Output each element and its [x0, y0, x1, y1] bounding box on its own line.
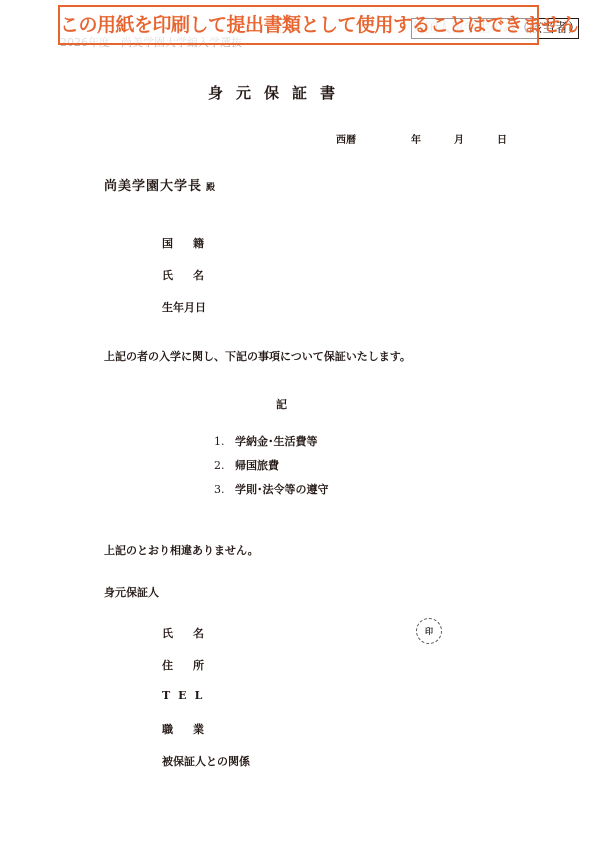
- document-title: 身元保証書: [208, 82, 348, 103]
- date-month-label: 月: [454, 131, 464, 146]
- list-item: 2.帰国旅費: [214, 457, 279, 473]
- guarantor-heading: 身元保証人: [104, 584, 159, 600]
- field-guarantor-address: 住所: [162, 657, 224, 673]
- date-era-label: 西暦: [336, 131, 356, 146]
- field-student-name: 氏名: [162, 267, 224, 283]
- addressee: 尚美学園大学長殿: [104, 175, 215, 194]
- field-birthdate: 生年月日: [162, 299, 206, 315]
- date-day-label: 日: [497, 131, 507, 146]
- addressee-name: 尚美学園大学長: [104, 179, 202, 194]
- closing-statement: 上記のとおり相違ありません。: [104, 542, 259, 558]
- ki-heading: 記: [276, 396, 287, 412]
- list-item-text: 帰国旅費: [235, 459, 279, 472]
- addressee-honorific: 殿: [206, 183, 215, 193]
- list-item-number: 2.: [214, 459, 235, 472]
- field-nationality: 国籍: [162, 235, 224, 251]
- intro-statement: 上記の者の入学に関し、下記の事項について保証いたします。: [104, 348, 411, 364]
- seal-stamp-icon: 印: [416, 618, 442, 644]
- list-item: 3.学則･法令等の遵守: [214, 481, 329, 497]
- list-item-number: 3.: [214, 483, 235, 496]
- list-item-number: 1.: [214, 435, 235, 448]
- field-guarantor-occupation: 職業: [162, 721, 224, 737]
- list-item: 1.学納金･生活費等: [214, 433, 318, 449]
- date-year-label: 年: [411, 131, 421, 146]
- field-guarantor-tel: TEL: [162, 689, 210, 702]
- field-guarantor-name: 氏名: [162, 625, 224, 641]
- field-guarantor-relationship: 被保証人との関係: [162, 753, 250, 769]
- print-warning-banner: この用紙を印刷して提出書類として使用することはできません: [58, 5, 539, 45]
- list-item-text: 学納金･生活費等: [235, 435, 318, 448]
- list-item-text: 学則･法令等の遵守: [235, 483, 329, 496]
